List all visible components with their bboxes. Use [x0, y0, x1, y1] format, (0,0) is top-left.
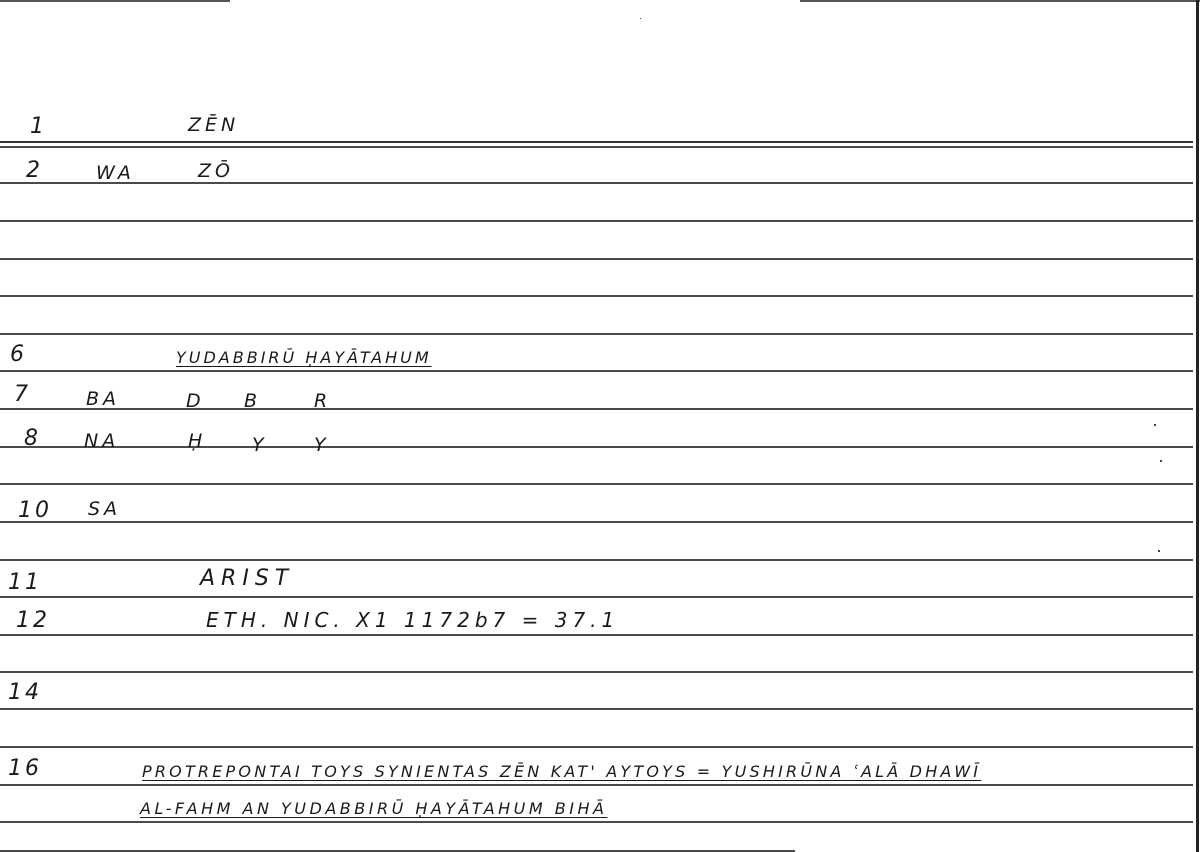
- transliteration: WA: [96, 164, 135, 183]
- ruled-line: [0, 784, 1193, 786]
- transliteration: Y: [252, 436, 268, 455]
- ruled-line: [0, 370, 1193, 372]
- line-number: 1: [30, 116, 47, 138]
- transliteration: ZŌ: [198, 162, 234, 181]
- ruled-line: [0, 141, 1193, 143]
- line-number: 6: [10, 344, 27, 366]
- line-number: 14: [8, 682, 42, 704]
- transliteration: NA: [84, 432, 119, 451]
- transliteration: BA: [86, 390, 120, 409]
- ruled-line: [0, 258, 1193, 260]
- ruled-line: [0, 333, 1193, 335]
- transliteration: SA: [88, 500, 121, 519]
- line-number: 10: [18, 500, 52, 522]
- ruled-line: [0, 521, 1193, 523]
- ruled-line: [0, 146, 1193, 148]
- line-number: 12: [16, 610, 50, 632]
- ruled-line: [0, 483, 1193, 485]
- line-number: 16: [8, 758, 42, 780]
- transliteration: ZĒN: [188, 116, 239, 135]
- line-number: 7: [14, 384, 31, 406]
- ruled-line: [0, 220, 1193, 222]
- line-number: 2: [26, 160, 43, 182]
- ruled-line: [0, 821, 1193, 823]
- ruled-line: [0, 182, 1193, 184]
- transliteration: B: [244, 392, 261, 411]
- transliteration: AL-FAHM AN YUDABBIRŪ ḤAYĀTAHUM BIHĀ: [140, 801, 607, 817]
- ruled-line: [0, 446, 1193, 448]
- transliteration: ARIST: [200, 568, 294, 590]
- ruled-line: [0, 559, 1193, 561]
- ruled-line: [0, 408, 1193, 410]
- scan-speck: [1160, 460, 1162, 462]
- right-border: [1196, 0, 1199, 852]
- transliteration: D: [186, 392, 205, 411]
- ruled-line: [0, 708, 1193, 710]
- ruled-line: [0, 596, 1193, 598]
- ruled-line: [0, 850, 795, 852]
- scan-speck: [1154, 424, 1156, 426]
- scan-speck: [1158, 550, 1160, 552]
- reference: ETH. NIC. X1 1172b7 = 37.1: [206, 610, 619, 630]
- top-border-gap: [230, 0, 800, 2]
- ruled-line: [0, 634, 1193, 636]
- ruled-line: [0, 295, 1193, 297]
- line-number: 11: [8, 572, 42, 594]
- transliteration: YUDABBIRŪ ḤAYĀTAHUM: [176, 350, 432, 366]
- transliteration: Ḥ: [188, 432, 206, 451]
- transliteration: Y: [314, 436, 330, 455]
- ruled-line: [0, 746, 1193, 748]
- line-number: 8: [24, 428, 41, 450]
- transliteration: PROTREPONTAI TOYS SYNIENTAS ZĒN KAT' AYT…: [142, 764, 981, 780]
- ruled-line: [0, 671, 1193, 673]
- scan-speck: [640, 18, 641, 19]
- transliteration: R: [314, 392, 331, 411]
